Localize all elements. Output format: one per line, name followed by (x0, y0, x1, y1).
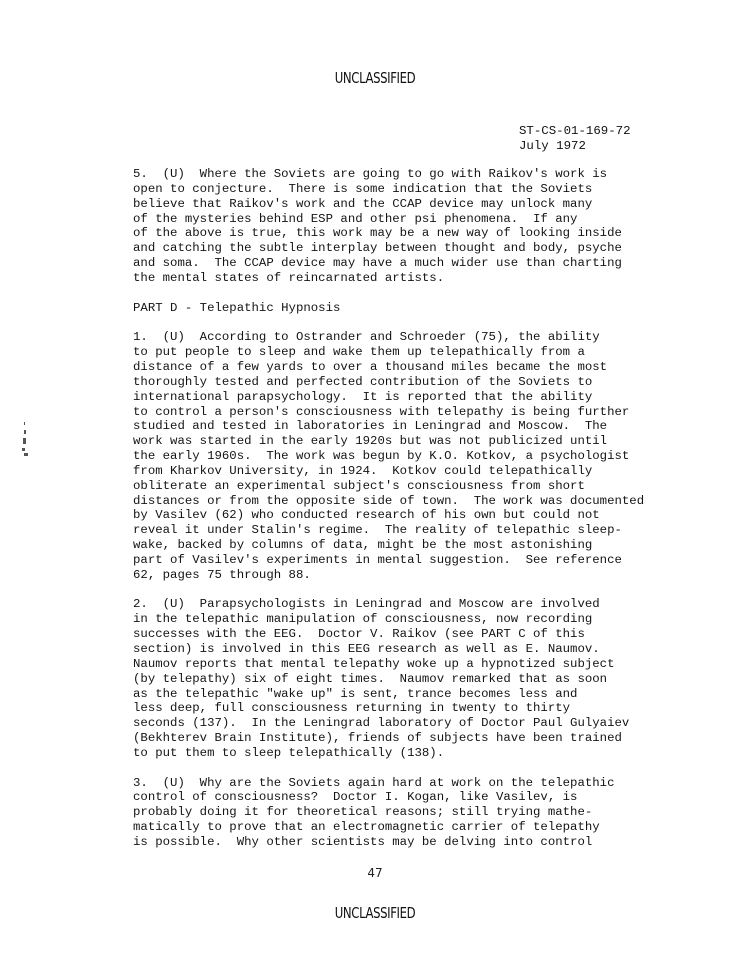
text-line: Naumov reports that mental telepathy wok… (133, 657, 673, 672)
text-line: (Bekhterev Brain Institute), friends of … (133, 731, 673, 746)
document-body: 5. (U) Where the Soviets are going to go… (133, 167, 673, 865)
text-line: from Kharkov University, in 1924. Kotkov… (133, 464, 673, 479)
text-line: wake, backed by columns of data, might b… (133, 538, 673, 553)
text-line: of the mysteries behind ESP and other ps… (133, 212, 673, 227)
text-line: thoroughly tested and perfected contribu… (133, 375, 673, 390)
text-line: 62, pages 75 through 88. (133, 568, 673, 583)
text-line: the mental states of reincarnated artist… (133, 271, 673, 286)
text-line: seconds (137). In the Leningrad laborato… (133, 716, 673, 731)
text-line: matically to prove that an electromagnet… (133, 820, 673, 835)
text-line: (by telepathy) six of eight times. Naumo… (133, 672, 673, 687)
text-line: believe that Raikov's work and the CCAP … (133, 197, 673, 212)
text-line: section) is involved in this EEG researc… (133, 642, 673, 657)
text-line: successes with the EEG. Doctor V. Raikov… (133, 627, 673, 642)
text-line: reveal it under Stalin's regime. The rea… (133, 523, 673, 538)
text-line: 5. (U) Where the Soviets are going to go… (133, 167, 673, 182)
page-number: 47 (0, 866, 750, 880)
document-id: ST-CS-01-169-72 (519, 124, 631, 139)
text-line: less deep, full consciousness returning … (133, 701, 673, 716)
text-line: open to conjecture. There is some indica… (133, 182, 673, 197)
text-line: the early 1960s. The work was begun by K… (133, 449, 673, 464)
text-line: of the above is true, this work may be a… (133, 226, 673, 241)
classification-header: UNCLASSIFIED (83, 69, 668, 87)
text-line: distance of a few yards to over a thousa… (133, 360, 673, 375)
text-line: 2. (U) Parapsychologists in Leningrad an… (133, 597, 673, 612)
document-date: July 1972 (519, 139, 631, 154)
document-reference: ST-CS-01-169-72July 1972 (519, 124, 631, 154)
section-title: PART D - Telepathic Hypnosis (133, 301, 673, 316)
text-line: obliterate an experimental subject's con… (133, 479, 673, 494)
text-line: to put people to sleep and wake them up … (133, 345, 673, 360)
text-line: and catching the subtle interplay betwee… (133, 241, 673, 256)
margin-scan-mark (22, 422, 28, 462)
text-line: distances or from the opposite side of t… (133, 494, 673, 509)
document-page: UNCLASSIFIED ST-CS-01-169-72July 1972 5.… (0, 0, 750, 972)
text-line: is possible. Why other scientists may be… (133, 835, 673, 850)
text-line: and soma. The CCAP device may have a muc… (133, 256, 673, 271)
text-line: 1. (U) According to Ostrander and Schroe… (133, 330, 673, 345)
text-line: in the telepathic manipulation of consci… (133, 612, 673, 627)
paragraph-5: 5. (U) Where the Soviets are going to go… (133, 167, 673, 286)
text-line: international parapsychology. It is repo… (133, 390, 673, 405)
text-line: studied and tested in laboratories in Le… (133, 419, 673, 434)
text-line: by Vasilev (62) who conducted research o… (133, 508, 673, 523)
text-line: to put them to sleep telepathically (138… (133, 746, 673, 761)
text-line: control of consciousness? Doctor I. Koga… (133, 790, 673, 805)
paragraph-2: 2. (U) Parapsychologists in Leningrad an… (133, 597, 673, 760)
text-line: 3. (U) Why are the Soviets again hard at… (133, 776, 673, 791)
text-line: work was started in the early 1920s but … (133, 434, 673, 449)
paragraph-1: 1. (U) According to Ostrander and Schroe… (133, 330, 673, 582)
paragraph-3: 3. (U) Why are the Soviets again hard at… (133, 776, 673, 850)
text-line: part of Vasilev's experiments in mental … (133, 553, 673, 568)
text-line: probably doing it for theoretical reason… (133, 805, 673, 820)
text-line: to control a person's consciousness with… (133, 405, 673, 420)
section-heading: PART D - Telepathic Hypnosis (133, 301, 673, 316)
text-line: as the telepathic "wake up" is sent, tra… (133, 687, 673, 702)
classification-footer: UNCLASSIFIED (83, 904, 668, 922)
